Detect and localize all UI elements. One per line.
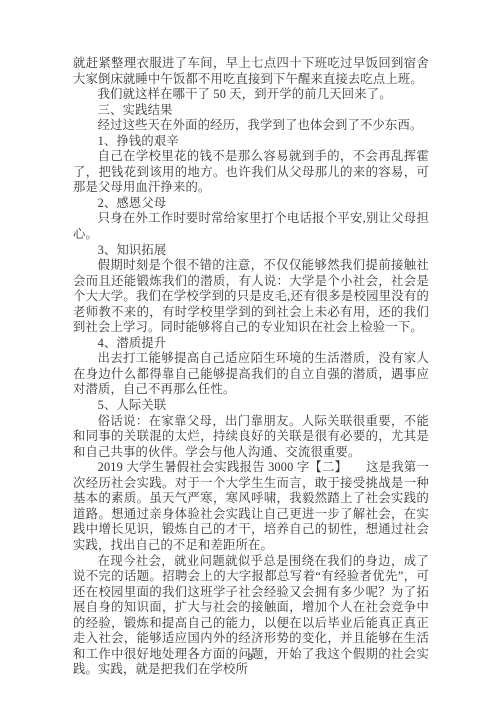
- paragraph: 自己在学校里花的钱不是那么容易就到手的，不会再乱挥霍了，把钱花到该用的地方。也许…: [73, 149, 429, 196]
- paragraph: 假期时刻是个很不错的注意，不仅仅能够然我们提前接触社会而且还能锻炼我们的潜质，有…: [73, 258, 429, 336]
- paragraph: 三、实践结果: [73, 103, 429, 119]
- paragraph: 出去打工能够提高自己适应陌生环境的生活潜质，没有家人在身边什么都得靠自己能够提高…: [73, 351, 429, 398]
- paragraph: 就赶紧整理衣服进了车间，早上七点四十下班吃过早饭回到宿舍大家倒床就睡中午饭都不用…: [73, 56, 429, 87]
- paragraph: 我们就这样在哪干了 50 天，到开学的前几天回来了。: [73, 87, 429, 103]
- paragraph: 俗话说：在家靠父母，出门靠朋友。人际关联很重要，不能和同事的关联混的太烂，持续良…: [73, 414, 429, 461]
- paragraph: 2019 大学生暑假社会实践报告 3000 字【二】 这是我第一次经历社会实践。…: [73, 460, 429, 553]
- paragraph: 经过这些天在外面的经历，我学到了也体会到了不少东西。: [73, 118, 429, 134]
- document-text: 就赶紧整理衣服进了车间，早上七点四十下班吃过早饭回到宿舍大家倒床就睡中午饭都不用…: [73, 56, 429, 678]
- paragraph: 5、人际关联: [73, 398, 429, 414]
- document-page: 就赶紧整理衣服进了车间，早上七点四十下班吃过早饭回到宿舍大家倒床就睡中午饭都不用…: [0, 0, 500, 707]
- paragraph: 4、潜质提升: [73, 336, 429, 352]
- paragraph: 2、感恩父母: [73, 196, 429, 212]
- paragraph: 只身在外工作时要时常给家里打个电话报个平安,别让父母担心。: [73, 211, 429, 242]
- page-number: 3: [0, 652, 500, 663]
- paragraph: 1、挣钱的艰辛: [73, 134, 429, 150]
- paragraph: 3、知识拓展: [73, 243, 429, 259]
